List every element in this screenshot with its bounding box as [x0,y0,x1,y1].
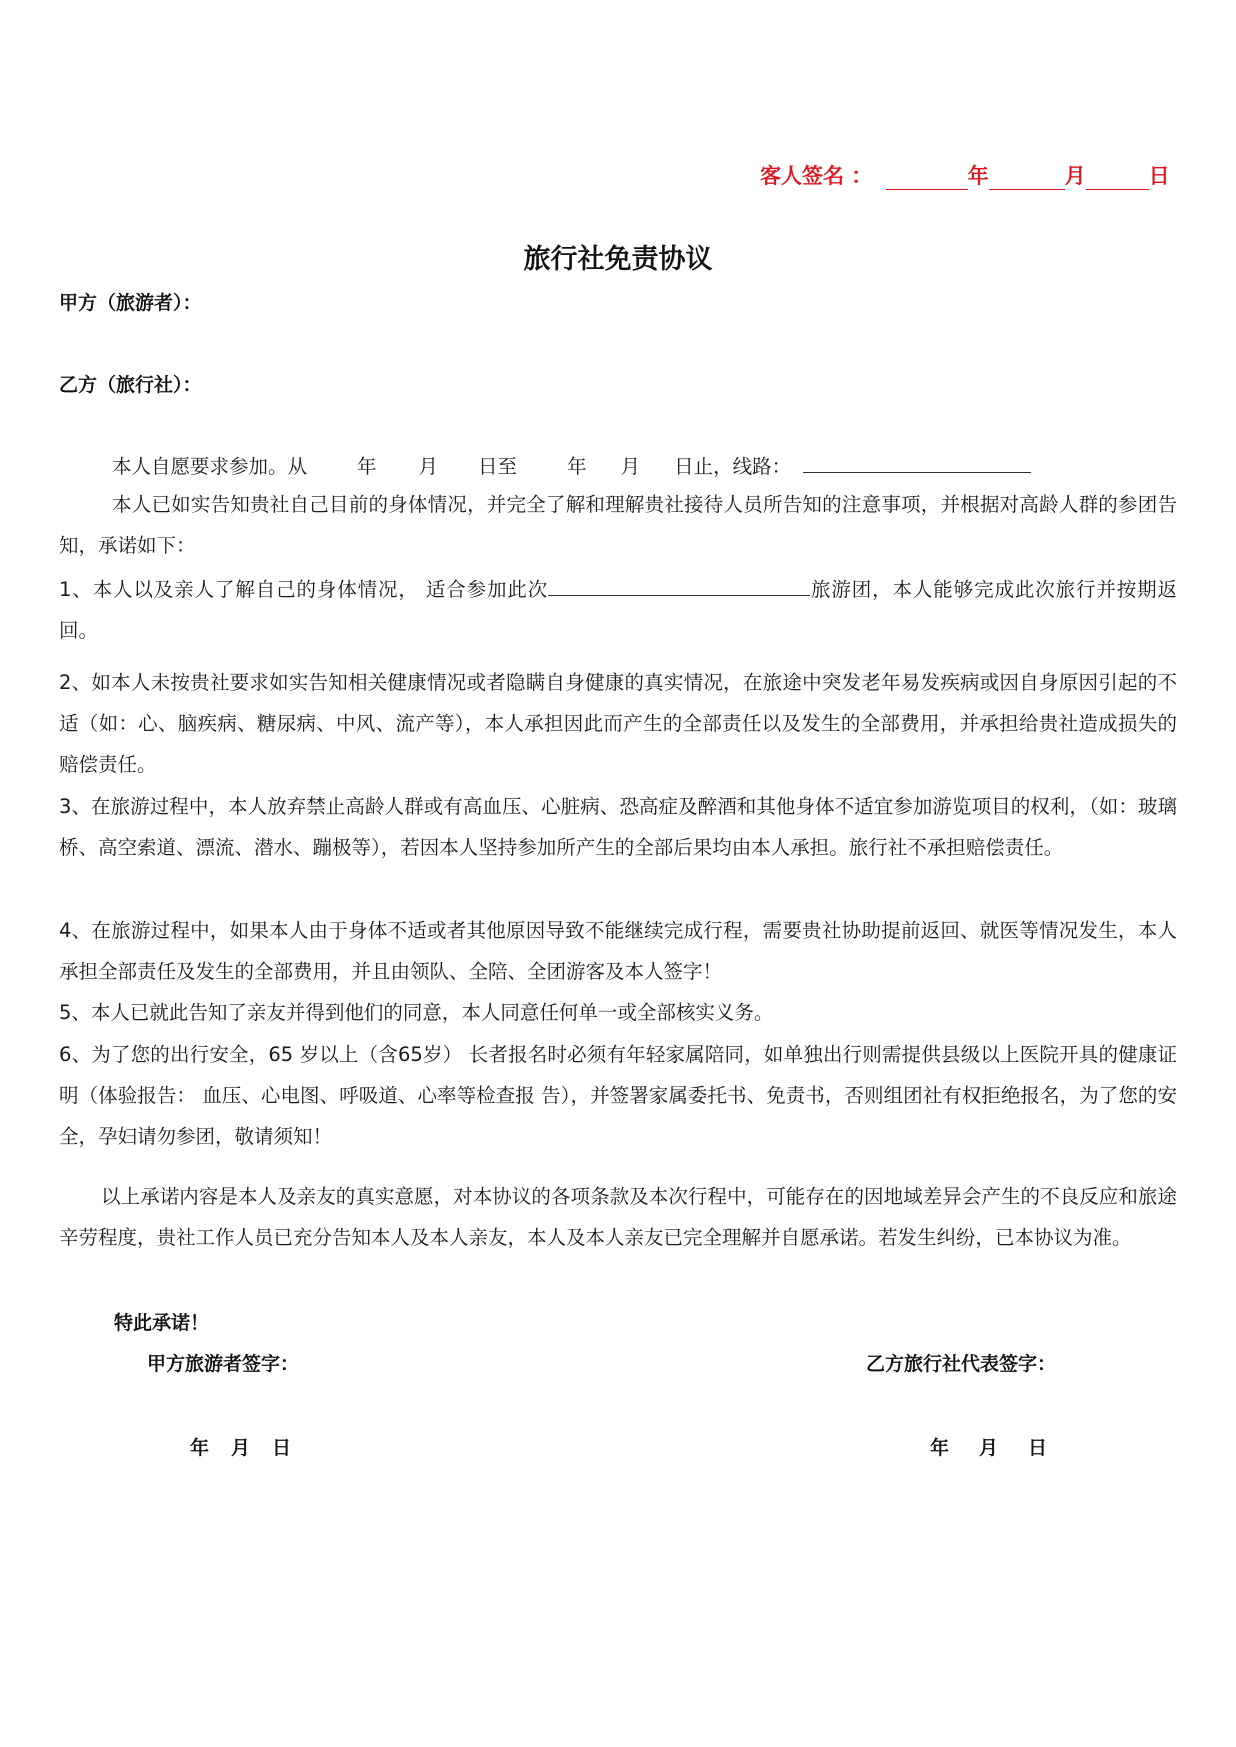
intro-prefix: 本人自愿要求参加。从 [112,455,307,478]
year-blank[interactable] [989,167,1065,190]
start-year-label: 年 [357,455,377,478]
party-b-day: 日 [1028,1437,1047,1459]
party-a-date: 年月日 [190,1433,291,1460]
party-b-label: 乙方（旅行社）： [59,370,202,397]
party-b-month: 月 [979,1437,998,1459]
conclusion-paragraph: 以上承诺内容是本人及亲友的真实意愿，对本协议的各项条款及本次行程中，可能存在的因… [59,1176,1177,1258]
month-label: 月 [1065,164,1086,188]
party-b-signature-label: 乙方旅行社代表签字： [866,1349,1056,1376]
customer-signature-line: 客人签名 ： 年月日 [760,160,1170,190]
clause-4: 4、在旅游过程中，如果本人由于身体不适或者其他原因导致不能继续完成行程，需要贵社… [59,910,1177,992]
pledge-text: 特此承诺！ [114,1308,209,1335]
intro-participation-line: 本人自愿要求参加。从年月日至年月日止，线路： [112,451,1031,479]
party-a-label: 甲方（旅游者）： [59,288,202,315]
party-a-day: 日 [272,1437,291,1459]
clause-6: 6、为了您的出行安全，65 岁以上（含65岁） 长者报名时必须有年轻家属陪同，如… [59,1034,1177,1157]
route-blank[interactable] [803,453,1031,474]
party-a-month: 月 [231,1437,250,1459]
clause-5: 5、本人已就此告知了亲友并得到他们的同意，本人同意任何单一或全部核实义务。 [59,992,1177,1033]
party-b-year: 年 [930,1437,949,1459]
day-label: 日 [1149,164,1170,188]
start-month-label: 月 [419,455,439,478]
clause-1-prefix: 1、本人以及亲人了解自己的身体情况， 适合参加此次 [59,578,548,601]
intro-statement: 本人已如实告知贵社自己目前的身体情况，并完全了解和理解贵社接待人员所告知的注意事… [59,484,1177,566]
month-blank[interactable] [1086,167,1149,190]
end-month-label: 月 [621,455,641,478]
start-day-label: 日至 [478,455,517,478]
end-day-route-label: 日止，线路： [674,455,791,478]
customer-signature-label: 客人签名 ： [760,164,872,188]
party-a-signature-label: 甲方旅游者签字： [147,1349,299,1376]
party-b-date: 年月日 [930,1433,1047,1460]
clause-3: 3、在旅游过程中，本人放弃禁止高龄人群或有高血压、心脏病、恐高症及醉酒和其他身体… [59,786,1177,868]
clause-1: 1、本人以及亲人了解自己的身体情况， 适合参加此次旅游团，本人能够完成此次旅行并… [59,569,1177,651]
document-title: 旅行社免责协议 [0,237,1236,276]
tour-group-blank[interactable] [548,576,810,597]
clause-2: 2、如本人未按贵社要求如实告知相关健康情况或者隐瞒自身健康的真实情况，在旅途中突… [59,662,1177,785]
party-a-year: 年 [190,1437,209,1459]
signature-blank[interactable] [886,167,968,190]
year-label: 年 [968,164,989,188]
end-year-label: 年 [567,455,587,478]
